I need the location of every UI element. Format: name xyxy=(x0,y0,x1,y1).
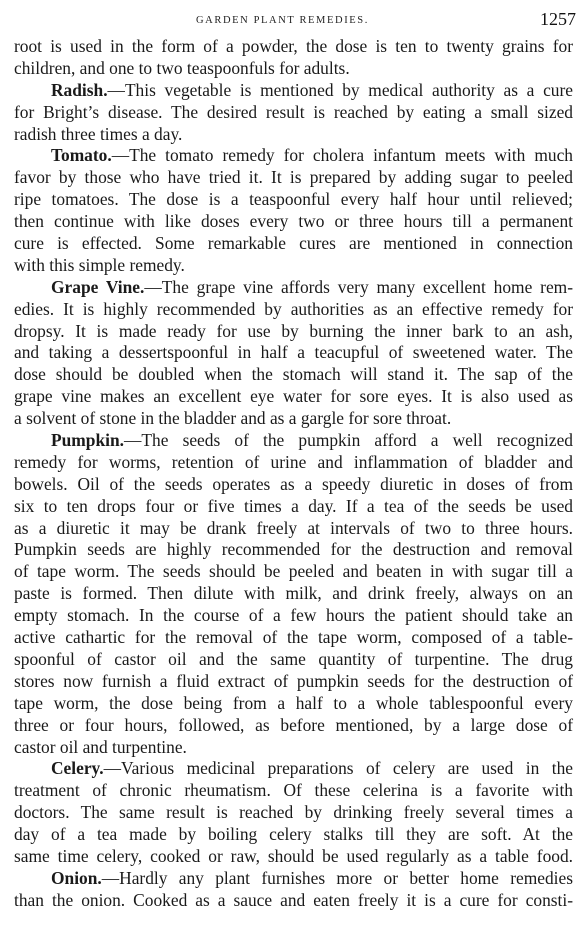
book-page: GARDEN PLANT REMEDIES. 1257 root is used… xyxy=(0,0,586,933)
text-line: a solvent of stone in the bladder and as… xyxy=(14,408,573,430)
text-line: ripe tomatoes. The dose is a teaspoonful… xyxy=(14,189,573,211)
headword-celery: Celery. xyxy=(51,758,104,778)
text-line: three or four hours, followed, as before… xyxy=(14,715,573,737)
text-line: stores now furnish a fluid extract of pu… xyxy=(14,671,573,693)
text-line: dose should be doubled when the stomach … xyxy=(14,364,573,386)
paragraph-continuation: root is used in the form of a powder, th… xyxy=(14,36,573,80)
text-line: empty stomach. In the course of a few ho… xyxy=(14,605,573,627)
paragraph-grape-vine: Grape Vine.—The grape vine affords very … xyxy=(14,277,573,430)
paragraph-onion: Onion.—Hardly any plant furnishes more o… xyxy=(14,868,573,912)
text-line: cure is effected. Some remarkable cures … xyxy=(14,233,573,255)
text-line: active cathartic for the removal of the … xyxy=(14,627,573,649)
text-line: spoonful of castor oil and the same quan… xyxy=(14,649,573,671)
text-line: then continue with like doses every two … xyxy=(14,211,573,233)
running-head: GARDEN PLANT REMEDIES. 1257 xyxy=(0,8,586,32)
text-line: than the onion. Cooked as a sauce and ea… xyxy=(14,890,573,912)
text-line: six to ten drops four or five times a da… xyxy=(14,496,573,518)
text-line: root is used in the form of a powder, th… xyxy=(14,36,573,58)
text-line: —This vegetable is mentioned by medical … xyxy=(108,80,573,100)
text-line: favor by those who have tried it. It is … xyxy=(14,167,573,189)
text-line: and taking a dessertspoonful in half a t… xyxy=(14,342,573,364)
text-line: treatment of chronic rheumatism. Of thes… xyxy=(14,780,573,802)
paragraph-pumpkin: Pumpkin.—The seeds of the pumpkin afford… xyxy=(14,430,573,758)
paragraph-radish: Radish.—This vegetable is mentioned by m… xyxy=(14,80,573,146)
text-line: with this simple remedy. xyxy=(14,255,573,277)
text-line: same time celery, cooked or raw, should … xyxy=(14,846,573,868)
headword-pumpkin: Pumpkin. xyxy=(51,430,124,450)
headword-grape-vine: Grape Vine. xyxy=(51,277,144,297)
headword-onion: Onion. xyxy=(51,868,102,888)
page-number: 1257 xyxy=(540,9,576,30)
text-line: —The tomato remedy for cholera infantum … xyxy=(112,145,573,165)
paragraph-tomato: Tomato.—The tomato remedy for cholera in… xyxy=(14,145,573,276)
text-line: children, and one to two teaspoonfuls fo… xyxy=(14,58,573,80)
text-line: Pumpkin seeds are highly recommended for… xyxy=(14,539,573,561)
text-line: grape vine makes an excellent eye water … xyxy=(14,386,573,408)
headword-tomato: Tomato. xyxy=(51,145,112,165)
headword-radish: Radish. xyxy=(51,80,108,100)
body-text: root is used in the form of a powder, th… xyxy=(14,36,573,912)
text-line: paste is formed. Then dilute with milk, … xyxy=(14,583,573,605)
text-line: —Hardly any plant furnishes more or bett… xyxy=(102,868,573,888)
paragraph-celery: Celery.—Various medicinal preparations o… xyxy=(14,758,573,867)
running-title: GARDEN PLANT REMEDIES. xyxy=(196,15,369,26)
text-line: —Various medicinal preparations of celer… xyxy=(104,758,573,778)
text-line: dropsy. It is made ready for use by burn… xyxy=(14,321,573,343)
text-line: —The grape vine affords very many excell… xyxy=(144,277,573,297)
text-line: day of a tea made by boiling celery stal… xyxy=(14,824,573,846)
text-line: doctors. The same result is reached by d… xyxy=(14,802,573,824)
text-line: edies. It is highly recommended by autho… xyxy=(14,299,573,321)
text-line: —The seeds of the pumpkin afford a well … xyxy=(124,430,573,450)
text-line: radish three times a day. xyxy=(14,124,573,146)
text-line: remedy for worms, retention of urine and… xyxy=(14,452,573,474)
text-line: bowels. Oil of the seeds operates as a s… xyxy=(14,474,573,496)
text-line: castor oil and turpentine. xyxy=(14,737,573,759)
text-line: of tape worm. The seeds should be peeled… xyxy=(14,561,573,583)
text-line: for Bright’s disease. The desired result… xyxy=(14,102,573,124)
text-line: as a diuretic it may be drank freely at … xyxy=(14,518,573,540)
text-line: tape worm, the dose being from a half to… xyxy=(14,693,573,715)
